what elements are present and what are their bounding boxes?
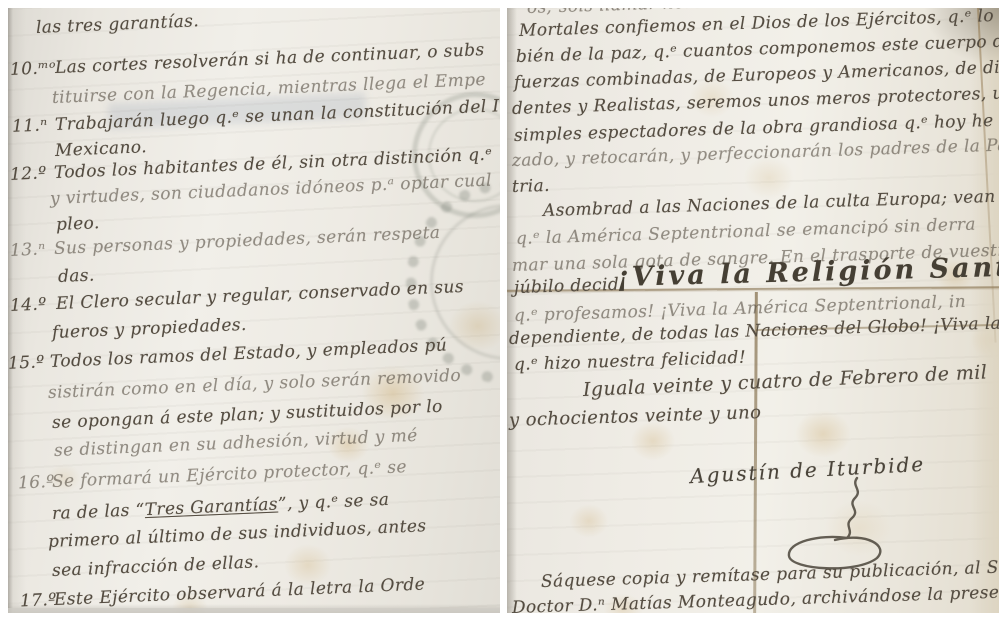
manuscript-line: q.ᵉ hizo nuestra felicidad!: [514, 348, 747, 375]
manuscript-line: tria.: [512, 176, 551, 197]
article-number: 11.ⁿ: [12, 115, 48, 136]
article-number: 17.º: [20, 590, 57, 612]
manuscript-line: las tres garantías.: [36, 11, 200, 38]
article-number: 16.º: [18, 472, 55, 494]
manuscript-line: das.: [58, 265, 96, 287]
manuscript-line: 14.ºEl Clero secular y regular, conserva…: [56, 277, 465, 314]
manuscript-page-right: Agustín de Iturbide os; sois llamar hero…: [507, 8, 999, 613]
manuscript-line: Mexicano.: [55, 137, 148, 161]
article-number: 12.º: [10, 163, 47, 185]
article-number: 13.ⁿ: [10, 239, 46, 260]
manuscript-line: 17.ºEste Ejército observará á la letra l…: [54, 574, 426, 610]
manuscript-line: 13.ⁿSus personas y propiedades, serán re…: [54, 223, 441, 259]
article-number: 10.ᵐᵒ: [10, 58, 57, 80]
manuscript-line: 16.ºSe formará un Ejército protector, q.…: [52, 457, 408, 492]
manuscript-line: pleo.: [56, 213, 101, 235]
manuscript-line: fueros y propiedades.: [52, 315, 248, 343]
manuscript-line: sea infracción de ellas.: [52, 552, 260, 581]
manuscript-line: y ochocientos veinte y uno: [509, 402, 762, 431]
article-number: 15.º: [8, 352, 45, 374]
manuscript-page-left: las tres garantías.10.ᵐᵒLas cortes resol…: [8, 8, 500, 613]
manuscript-line: júbilo decid:: [514, 275, 626, 298]
manuscript-line: 15.ºTodos los ramos del Estado, y emplea…: [50, 335, 448, 372]
manuscript-photo-collage: las tres garantías.10.ᵐᵒLas cortes resol…: [0, 0, 1007, 620]
article-number: 14.º: [10, 294, 47, 316]
manuscript-line: se distingan en su adhesión, virtud y mé: [54, 426, 418, 461]
